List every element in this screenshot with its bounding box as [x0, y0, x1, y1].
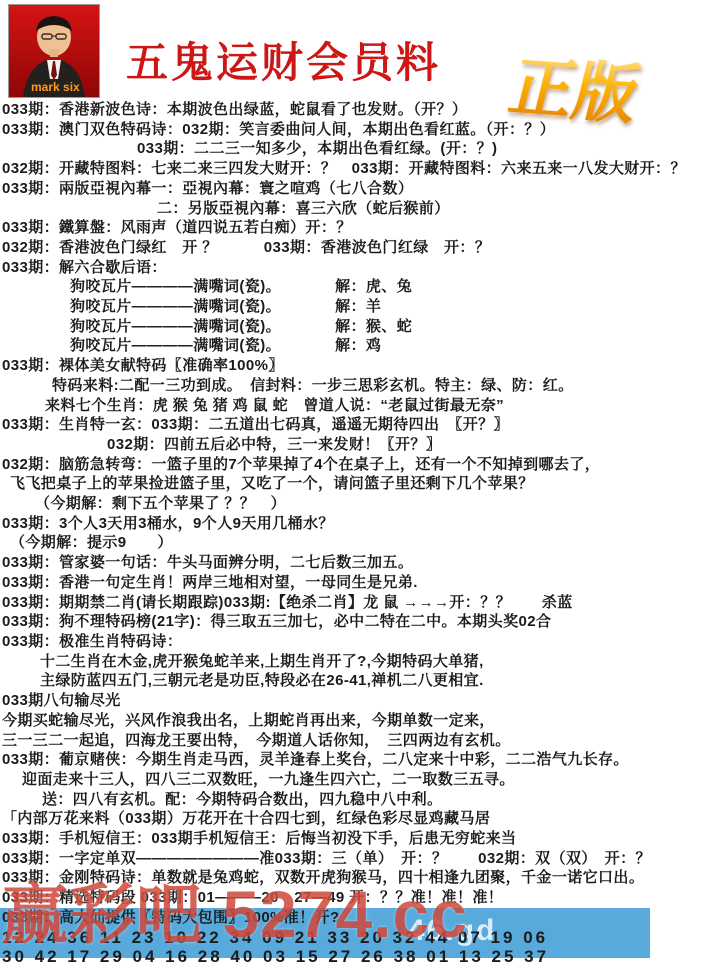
- text-line: 特码来料:二配一三功到成。 信封料：一步三思彩玄机。特主：绿、防：红。: [52, 376, 721, 396]
- text-segment: 主绿防蓝四五门,三朝元老是功臣,特段必在26-41,禅机二八更相宜.: [40, 672, 484, 689]
- text-line: 033期：3个人3天用3桶水，9个人9天用几桶水？: [2, 514, 721, 534]
- text-segment: 033期：鐵算盤：风雨声（道四说五若白痴）开：？: [2, 219, 352, 236]
- text-segment: 兴风作浪我出名，: [125, 712, 248, 729]
- text-segment: 032期：脑筋急转弯：一篮子里的7个苹果掉了4个在桌子上，还有一个不知掉到哪去了…: [2, 456, 600, 473]
- text-segment: 二：另版亞視內幕：喜三六欣（蛇后猴前）: [157, 200, 450, 217]
- text-line: （今期解：提示9 ）: [10, 533, 721, 553]
- text-segment: 狗咬瓦片————满嘴词(瓷)。 解：羊: [70, 298, 381, 315]
- text-segment: 033期：狗不理特码榜(21字)：得三取五三加七，必中二特在二中。本期头奖02合: [2, 613, 551, 630]
- text-segment: 「内部万花来料（033期）万花开在十合四七到，红绿色彩尽显鸡藏马居: [2, 810, 490, 827]
- text-segment: 033期：一字定单双————————准033期：三（单） 开：？ 032期：双（…: [2, 850, 651, 867]
- text-line: 来料七个生肖：虎 猴 兔 猪 鸡 鼠 蛇 曾道人说：“老鼠过街最无奈”: [45, 396, 721, 416]
- text-segment: 033期：葡京赌侠：今期生肖走马西，灵羊逢春上奖台，二八定来十中彩，二二浩气九长…: [2, 751, 629, 768]
- text-line: 「内部万花来料（033期）万花开在十合四七到，红绿色彩尽显鸡藏马居: [2, 809, 721, 829]
- text-segment: （今期解：提示9 ）: [10, 534, 173, 551]
- text-segment: 今期买蛇输尽光，: [2, 712, 125, 729]
- text-segment: 飞飞把桌子上的苹果捡进篮子里，又吃了一个，请问篮子里还剩下几个苹果？: [10, 475, 534, 492]
- text-segment: 033期：香港一句定生肖！两岸三地相对望，一母同生是兄弟.: [2, 574, 418, 591]
- text-line: 十二生肖在木金,虎开猴兔蛇羊来,上期生肖开了?,今期特码大单猪,: [40, 652, 721, 672]
- text-line: 狗咬瓦片————满嘴词(瓷)。 解：鸡: [70, 336, 721, 356]
- text-segment: 特码来料:二配一三功到成。 信封料：一步三思彩玄机。特主：绿、防：红。: [52, 377, 574, 394]
- text-segment: 033期：3个人3天用3桶水，9个人9天用几桶水？: [2, 515, 334, 532]
- text-segment: 狗咬瓦片————满嘴词(瓷)。 解：虎、兔: [70, 278, 412, 295]
- text-line: 主绿防蓝四五门,三朝元老是功臣,特段必在26-41,禅机二八更相宜.: [40, 671, 721, 691]
- text-segment: 033期：裸体美女献特码〖准确率100%〗: [2, 357, 284, 374]
- text-segment: 032期：开藏特图料：七来二来三四发大财开：？ 033期：开藏特图料：六来五来一…: [2, 160, 686, 177]
- text-segment: 032期：四前五后必中特，三一来发财！〖开？〗: [107, 436, 441, 453]
- text-segment: →→→开：？？ 杀蓝: [403, 594, 572, 611]
- text-segment: 十二生肖在木金,虎开猴兔蛇羊来,上期生肖开了?,今期特码大单猪,: [40, 653, 484, 670]
- text-line: 033期：鐵算盤：风雨声（道四说五若白痴）开：？: [2, 218, 721, 238]
- text-line: 032期：四前五后必中特，三一来发财！〖开？〗: [107, 435, 721, 455]
- text-line: 033期：裸体美女献特码〖准确率100%〗: [2, 356, 721, 376]
- text-segment: 送：四八有玄机。配：今期特码合数出，四九稳中八中利。: [42, 791, 442, 808]
- text-line: 033期：生肖特一玄：033期：二五道出七码真，遥遥无期待四出 〖开？〗: [2, 415, 721, 435]
- text-line: 033期：管家婆一句话：牛头马面辨分明，二七后数三加五。: [2, 553, 721, 573]
- bottom-watermark: 赢彩吧 5274.cc: [2, 878, 721, 951]
- page-title: 五鬼运财会员料: [126, 30, 441, 90]
- text-segment: 033期：澳门双色特码诗：032期：笑言委曲问人间，本期出色看红蓝。（开：？）: [2, 121, 555, 138]
- text-segment: 来料七个生肖：虎 猴 兔 猪 鸡 鼠 蛇 曾道人说：“老鼠过街最无奈”: [45, 397, 504, 414]
- text-line: 三一三二一起追，四海龙王要出特， 今期道人话你知， 三四两边有玄机。: [2, 731, 721, 751]
- portrait-photo: mark six: [8, 4, 100, 98]
- photo-caption-text: mark six: [31, 80, 80, 94]
- text-segment: 迎面走来十三人，四八三二双数旺，一九逢生四六亡，二一取数三五寻。: [22, 771, 515, 788]
- text-segment: 【绝杀二肖】龙 鼠: [271, 594, 403, 611]
- content-lines: 033期：香港新波色诗：本期波色出绿蓝，蛇鼠看了也发财。（开？）033期：澳门双…: [2, 100, 721, 967]
- text-line: 033期：手机短信王：033期手机短信王：后悔当初没下手，后患无穷蛇来当: [2, 829, 721, 849]
- text-segment: 033期八句输尽光: [2, 692, 121, 709]
- text-line: 033期：极准生肖特码诗：: [2, 632, 721, 652]
- text-line: （今期解：剩下五个苹果了 ？？ ）: [35, 494, 721, 514]
- text-segment: 033期：二二三一知多少，本期出色看红绿。(开：？): [137, 140, 497, 157]
- text-segment: （今期解：剩下五个苹果了 ？？ ）: [35, 495, 286, 512]
- text-segment: 狗咬瓦片————满嘴词(瓷)。 解：猴、蛇: [70, 318, 412, 335]
- text-line: 033期：二二三一知多少，本期出色看红绿。(开：？): [137, 139, 721, 159]
- text-line: 033期：葡京赌侠：今期生肖走马西，灵羊逢春上奖台，二八定来十中彩，二二浩气九长…: [2, 750, 721, 770]
- text-line: 033期：兩版亞視內幕一：亞視內幕：寰之喧鸡（七八合数）: [2, 179, 721, 199]
- text-line: 032期：开藏特图料：七来二来三四发大财开：？ 033期：开藏特图料：六来五来一…: [2, 159, 721, 179]
- text-line: 送：四八有玄机。配：今期特码合数出，四九稳中八中利。: [42, 790, 721, 810]
- text-segment: 033期：手机短信王：033期手机短信王：后悔当初没下手，后患无穷蛇来当: [2, 830, 516, 847]
- text-segment: 033期：期期禁二肖(请长期跟踪)033期:: [2, 594, 271, 611]
- text-segment: 上期蛇肖再出来，今期单数一定来，: [248, 712, 494, 729]
- text-line: 032期：脑筋急转弯：一篮子里的7个苹果掉了4个在桌子上，还有一个不知掉到哪去了…: [2, 455, 721, 475]
- text-segment: 033期：生肖特一玄：033期：二五道出七码真，遥遥无期待四出 〖开？〗: [2, 416, 509, 433]
- text-line: 飞飞把桌子上的苹果捡进篮子里，又吃了一个，请问篮子里还剩下几个苹果？: [10, 474, 721, 494]
- text-segment: 033期：管家婆一句话：牛头马面辨分明，二七后数三加五。: [2, 554, 413, 571]
- text-segment: 狗咬瓦片————满嘴词(瓷)。 解：鸡: [70, 337, 381, 354]
- text-segment: 三一三二一起追，四海龙王要出特， 今期道人话你知， 三四两边有玄机。: [2, 732, 511, 749]
- text-line: 033期：狗不理特码榜(21字)：得三取五三加七，必中二特在二中。本期头奖02合: [2, 612, 721, 632]
- text-segment: 033期：兩版亞視內幕一：亞視內幕：寰之喧鸡（七八合数）: [2, 180, 413, 197]
- text-segment: 033期：极准生肖特码诗：: [2, 633, 182, 650]
- text-line: 狗咬瓦片————满嘴词(瓷)。 解：虎、兔: [70, 277, 721, 297]
- text-line: 今期买蛇输尽光，兴风作浪我出名，上期蛇肖再出来，今期单数一定来，: [2, 711, 721, 731]
- tip-sheet-page: mark six 五鬼运财会员料 正版 46.gd 033期：香港新波色诗：本期…: [0, 0, 721, 969]
- text-line: 033期：香港一句定生肖！两岸三地相对望，一母同生是兄弟.: [2, 573, 721, 593]
- text-line: 狗咬瓦片————满嘴词(瓷)。 解：猴、蛇: [70, 317, 721, 337]
- text-line: 033期：香港新波色诗：本期波色出绿蓝，蛇鼠看了也发财。（开？）: [2, 100, 721, 120]
- text-line: 033期：澳门双色特码诗：032期：笑言委曲问人间，本期出色看红蓝。（开：？）: [2, 120, 721, 140]
- text-line: 033期八句输尽光: [2, 691, 721, 711]
- text-segment: 033期：香港新波色诗：本期波色出绿蓝，蛇鼠看了也发财。（开？）: [2, 101, 467, 118]
- text-segment: 033期：解六合歇后语：: [2, 259, 167, 276]
- text-line: 二：另版亞視內幕：喜三六欣（蛇后猴前）: [157, 199, 721, 219]
- text-line: 033期：解六合歇后语：: [2, 258, 721, 278]
- text-line: 033期：期期禁二肖(请长期跟踪)033期:【绝杀二肖】龙 鼠 →→→开：？？ …: [2, 593, 721, 613]
- text-line: 033期：一字定单双————————准033期：三（单） 开：？ 032期：双（…: [2, 849, 721, 869]
- text-line: 032期：香港波色门绿红 开 ？ 033期：香港波色门红绿 开：？: [2, 238, 721, 258]
- text-line: 迎面走来十三人，四八三二双数旺，一九逢生四六亡，二一取数三五寻。: [22, 770, 721, 790]
- text-segment: 032期：香港波色门绿红 开 ？ 033期：香港波色门红绿 开：？: [2, 239, 490, 256]
- text-line: 狗咬瓦片————满嘴词(瓷)。 解：羊: [70, 297, 721, 317]
